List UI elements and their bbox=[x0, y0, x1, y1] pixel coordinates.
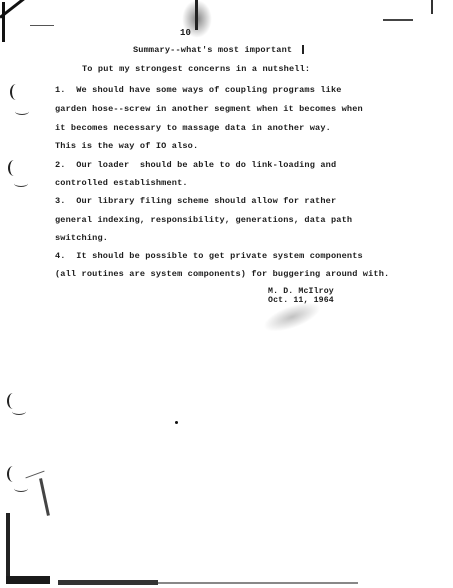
punch-hole-mark bbox=[7, 393, 19, 409]
text-line-2: garden hose--screw in another segment wh… bbox=[55, 104, 363, 114]
text-line-6: controlled establishment. bbox=[55, 178, 188, 188]
scan-artifact-bracket bbox=[302, 45, 304, 54]
punch-hole-mark bbox=[7, 466, 19, 482]
text-line-1: 1. We should have some ways of coupling … bbox=[55, 85, 342, 95]
intro-line: To put my strongest concerns in a nutshe… bbox=[82, 64, 310, 74]
scan-artifact-top-right-mark bbox=[431, 0, 433, 14]
text-line-8: general indexing, responsibility, genera… bbox=[55, 215, 352, 225]
punch-hole-tail bbox=[15, 108, 29, 115]
text-line-11: (all routines are system components) for… bbox=[55, 269, 389, 279]
punch-hole-tail bbox=[14, 485, 28, 492]
scan-artifact-top-right-dash bbox=[383, 19, 413, 21]
scan-artifact-squiggle bbox=[39, 478, 50, 516]
scan-artifact-top-left-fold bbox=[2, 2, 5, 42]
scan-artifact-dash bbox=[30, 25, 54, 26]
text-line-10: 4. It should be possible to get private … bbox=[55, 251, 363, 261]
punch-hole-tail bbox=[14, 180, 28, 187]
signature-name: M. D. McIlroy bbox=[268, 287, 334, 296]
scan-artifact-bottom-edge bbox=[6, 576, 50, 584]
scanned-document-page: 10 Summary--what's most important To put… bbox=[0, 0, 453, 588]
document-title: Summary--what's most important bbox=[133, 45, 292, 55]
punch-hole-mark bbox=[10, 84, 22, 100]
text-line-9: switching. bbox=[55, 233, 108, 243]
text-line-7: 3. Our library filing scheme should allo… bbox=[55, 196, 336, 206]
page-number: 10 bbox=[180, 28, 191, 38]
text-line-5: 2. Our loader should be able to do link-… bbox=[55, 160, 336, 170]
punch-hole-tail bbox=[12, 408, 26, 415]
scan-artifact-top-stroke bbox=[195, 0, 198, 30]
scan-artifact-left-edge bbox=[6, 513, 10, 578]
text-line-4: This is the way of IO also. bbox=[55, 141, 198, 151]
text-line-3: it becomes necessary to massage data in … bbox=[55, 123, 331, 133]
punch-hole-mark bbox=[8, 160, 20, 176]
scan-artifact-dot bbox=[175, 421, 178, 424]
scan-artifact-diagonal-line bbox=[0, 0, 42, 19]
scan-artifact-bottom-edge bbox=[58, 580, 158, 585]
scan-artifact-bottom-edge-faint bbox=[158, 582, 358, 584]
